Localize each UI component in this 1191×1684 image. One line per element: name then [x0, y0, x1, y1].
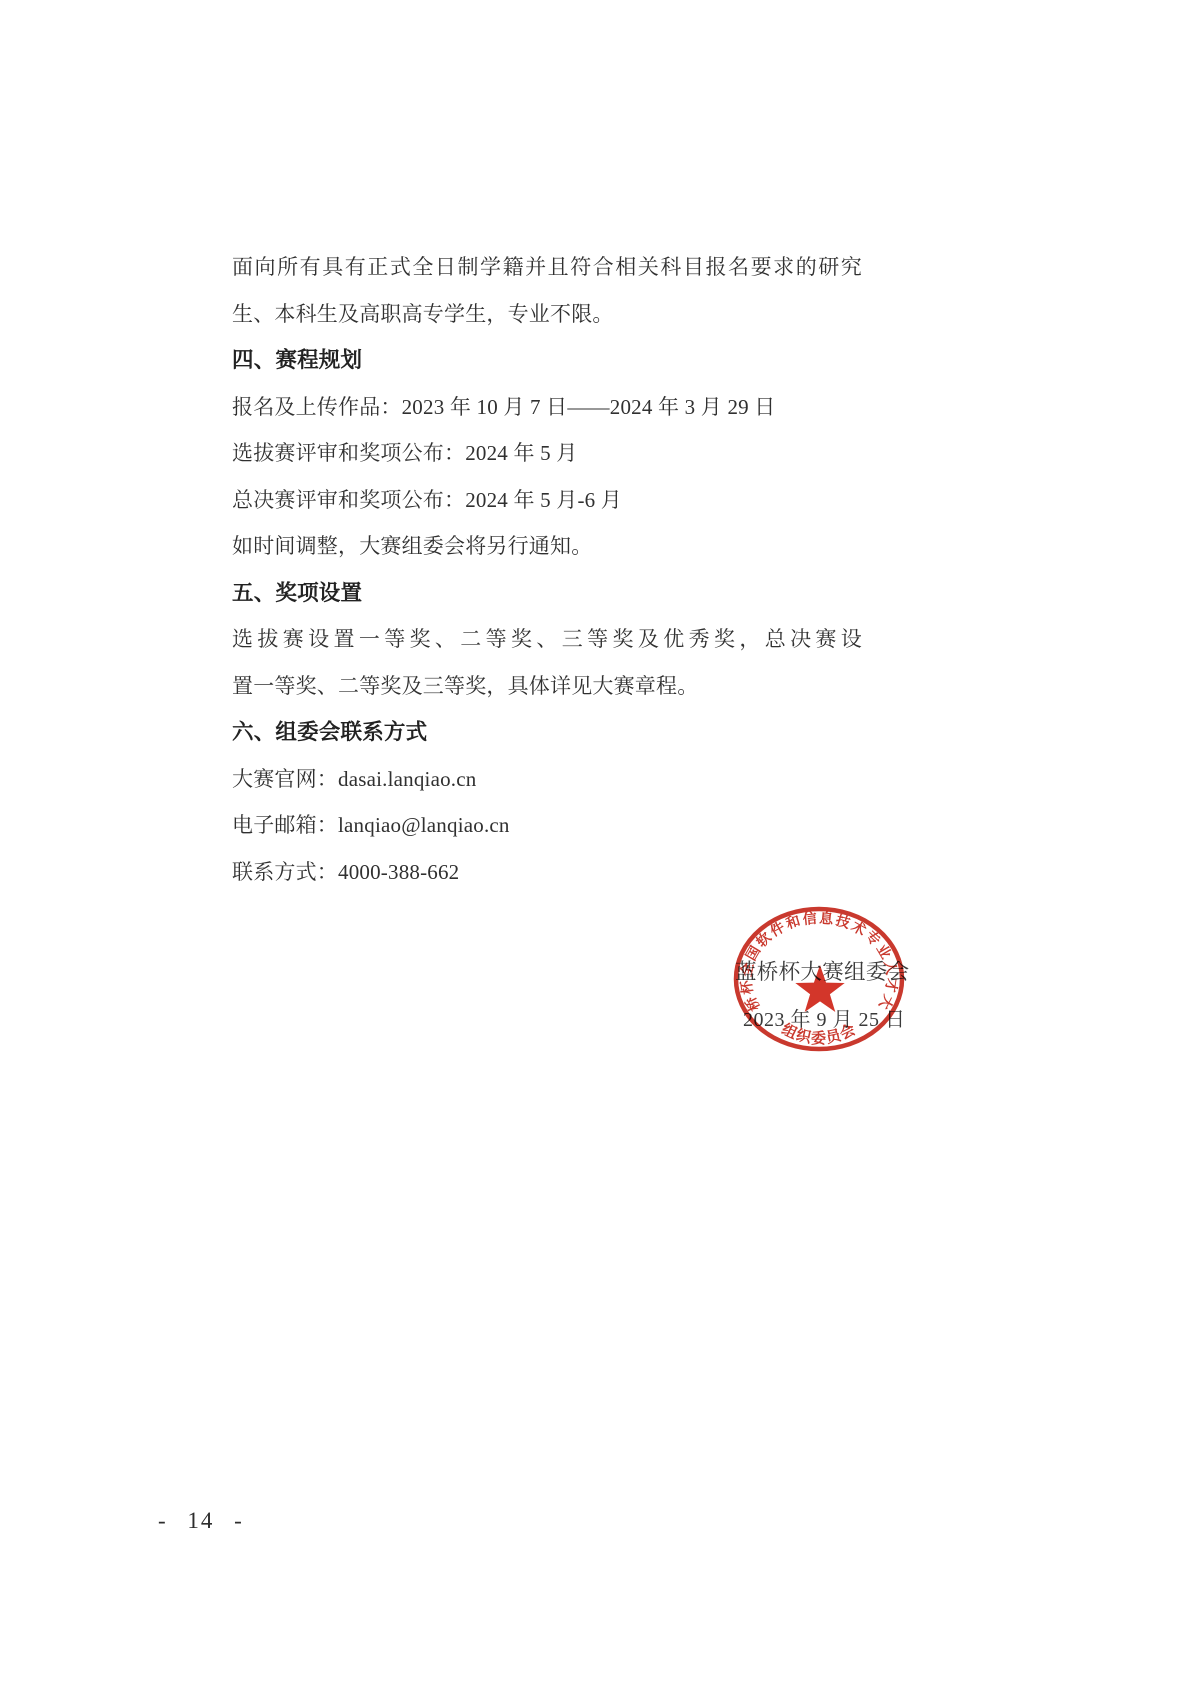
seal-ring-text: 蓝桥杯全国软件和信息技术专业人才大赛	[690, 885, 901, 1014]
intro-paragraph-line-1: 面向所有具有正式全日制学籍并且符合相关科目报名要求的研究	[232, 244, 862, 291]
document-page: 面向所有具有正式全日制学籍并且符合相关科目报名要求的研究 生、本科生及高职高专学…	[0, 0, 1191, 1684]
schedule-line-registration: 报名及上传作品：2023 年 10 月 7 日——2024 年 3 月 29 日	[232, 384, 862, 431]
awards-paragraph-line-2: 置一等奖、二等奖及三等奖，具体详见大赛章程。	[232, 663, 862, 710]
document-body: 面向所有具有正式全日制学籍并且符合相关科目报名要求的研究 生、本科生及高职高专学…	[232, 244, 862, 895]
schedule-line-selection-results: 选拔赛评审和奖项公布：2024 年 5 月	[232, 430, 862, 477]
awards-paragraph-line-1: 选拔赛设置一等奖、二等奖、三等奖及优秀奖，总决赛设	[232, 616, 862, 663]
schedule-line-final-results: 总决赛评审和奖项公布：2024 年 5 月-6 月	[232, 477, 862, 524]
section-heading-schedule: 四、赛程规划	[232, 337, 862, 384]
section-heading-awards: 五、奖项设置	[232, 570, 862, 617]
contact-line-website: 大赛官网：dasai.lanqiao.cn	[232, 756, 862, 803]
official-seal-stamp-icon: 蓝桥杯全国软件和信息技术专业人才大赛 组织委员会	[690, 885, 930, 1075]
schedule-line-adjustment-note: 如时间调整，大赛组委会将另行通知。	[232, 523, 862, 570]
section-heading-contact: 六、组委会联系方式	[232, 709, 862, 756]
contact-line-email: 电子邮箱：lanqiao@lanqiao.cn	[232, 802, 862, 849]
page-number: - 14 -	[158, 1508, 244, 1534]
svg-text:蓝桥杯全国软件和信息技术专业人才大赛: 蓝桥杯全国软件和信息技术专业人才大赛	[690, 885, 901, 1014]
seal-star-icon	[795, 965, 844, 1012]
intro-paragraph-line-2: 生、本科生及高职高专学生，专业不限。	[232, 291, 862, 338]
